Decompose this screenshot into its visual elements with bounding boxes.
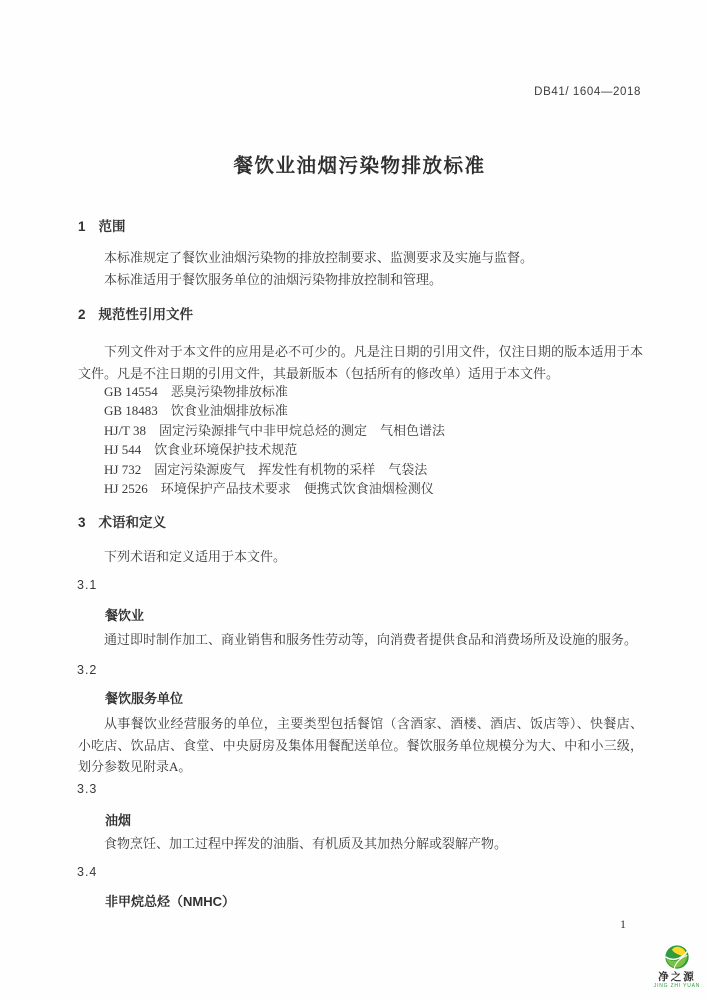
section-2-heading: 2规范性引用文件	[78, 303, 193, 323]
section-1-title: 范围	[99, 219, 126, 234]
reference-title: 恶臭污染物排放标准	[171, 384, 288, 399]
scope-paragraph-1: 本标准规定了餐饮业油烟污染物的排放控制要求、监测要求及实施与监督。	[78, 247, 643, 269]
section-3-intro: 下列术语和定义适用于本文件。	[78, 546, 643, 568]
term-3-3-definition-block: 食物烹饪、加工过程中挥发的油脂、有机质及其加热分解或裂解产物。	[78, 833, 643, 855]
section-1-number: 1	[78, 219, 86, 234]
reference-title: 饮食业环境保护技术规范	[154, 442, 297, 457]
term-3-4-number: 3.4	[77, 865, 97, 879]
reference-item: HJ 2526环境保护产品技术要求 便携式饮食油烟检测仪	[104, 479, 647, 498]
reference-code: GB 14554	[104, 384, 158, 399]
section-2-intro: 下列文件对于本文件的应用是必不可少的。凡是注日期的引用文件，仅注日期的版本适用于…	[78, 341, 643, 384]
term-3-3-definition: 食物烹饪、加工过程中挥发的油脂、有机质及其加热分解或裂解产物。	[78, 833, 643, 855]
reference-item: GB 14554恶臭污染物排放标准	[104, 382, 647, 401]
reference-title: 固定污染源废气 挥发性有机物的采样 气袋法	[154, 462, 427, 477]
reference-title: 饮食业油烟排放标准	[171, 403, 288, 418]
reference-item: GB 18483饮食业油烟排放标准	[104, 401, 647, 420]
reference-item: HJ 732固定污染源废气 挥发性有机物的采样 气袋法	[104, 460, 647, 479]
reference-item: HJ 544饮食业环境保护技术规范	[104, 440, 647, 459]
scope-paragraph-2: 本标准适用于餐饮服务单位的油烟污染物排放控制和管理。	[78, 269, 643, 291]
reference-code: HJ 2526	[104, 481, 148, 496]
section-1-body: 本标准规定了餐饮业油烟污染物的排放控制要求、监测要求及实施与监督。 本标准适用于…	[78, 247, 643, 290]
references-intro-paragraph: 下列文件对于本文件的应用是必不可少的。凡是注日期的引用文件，仅注日期的版本适用于…	[78, 341, 643, 384]
term-3-1-name: 餐饮业	[105, 605, 144, 624]
reference-code: GB 18483	[104, 403, 158, 418]
section-2-title: 规范性引用文件	[99, 307, 194, 322]
term-3-2-definition: 从事餐饮业经营服务的单位，主要类型包括餐馆（含酒家、酒楼、酒店、饭店等）、快餐店…	[78, 713, 643, 778]
leaf-globe-icon	[663, 944, 691, 971]
section-3-number: 3	[78, 515, 86, 530]
reference-code: HJ 544	[104, 442, 141, 457]
term-3-1-definition-block: 通过即时制作加工、商业销售和服务性劳动等，向消费者提供食品和消费场所及设施的服务…	[78, 629, 643, 651]
reference-item: HJ/T 38固定污染源排气中非甲烷总烃的测定 气相色谱法	[104, 421, 647, 440]
term-3-2-definition-block: 从事餐饮业经营服务的单位，主要类型包括餐馆（含酒家、酒楼、酒店、饭店等）、快餐店…	[78, 713, 643, 778]
jingzhiyuan-logo: 净之源 JING ZHI YUAN	[650, 944, 704, 989]
term-3-3-number: 3.3	[77, 782, 97, 796]
logo-name: 净之源	[650, 972, 704, 983]
term-3-1-definition: 通过即时制作加工、商业销售和服务性劳动等，向消费者提供食品和消费场所及设施的服务…	[78, 629, 643, 651]
reference-code: HJ 732	[104, 462, 141, 477]
section-3-heading: 3术语和定义	[78, 511, 166, 531]
section-2-number: 2	[78, 307, 86, 322]
terms-intro-paragraph: 下列术语和定义适用于本文件。	[78, 546, 643, 568]
term-3-1-number: 3.1	[77, 578, 97, 592]
reference-title: 固定污染源排气中非甲烷总烃的测定 气相色谱法	[159, 423, 445, 438]
page-number: 1	[620, 917, 626, 932]
references-list: GB 14554恶臭污染物排放标准 GB 18483饮食业油烟排放标准 HJ/T…	[104, 382, 647, 498]
document-page: DB41/ 1604—2018 餐饮业油烟污染物排放标准 1范围 本标准规定了餐…	[0, 0, 707, 1000]
term-3-2-number: 3.2	[77, 663, 97, 677]
section-3-title: 术语和定义	[99, 515, 167, 530]
logo-subtext: JING ZHI YUAN	[650, 984, 704, 989]
reference-title: 环境保护产品技术要求 便携式饮食油烟检测仪	[161, 481, 434, 496]
doc-title: 餐饮业油烟污染物排放标准	[76, 150, 643, 178]
term-3-4-name: 非甲烷总烃（NMHC）	[105, 891, 235, 910]
doc-code: DB41/ 1604—2018	[534, 86, 641, 98]
reference-code: HJ/T 38	[104, 423, 146, 438]
section-1-heading: 1范围	[78, 215, 126, 235]
term-3-2-name: 餐饮服务单位	[105, 688, 183, 707]
term-3-3-name: 油烟	[105, 810, 131, 829]
